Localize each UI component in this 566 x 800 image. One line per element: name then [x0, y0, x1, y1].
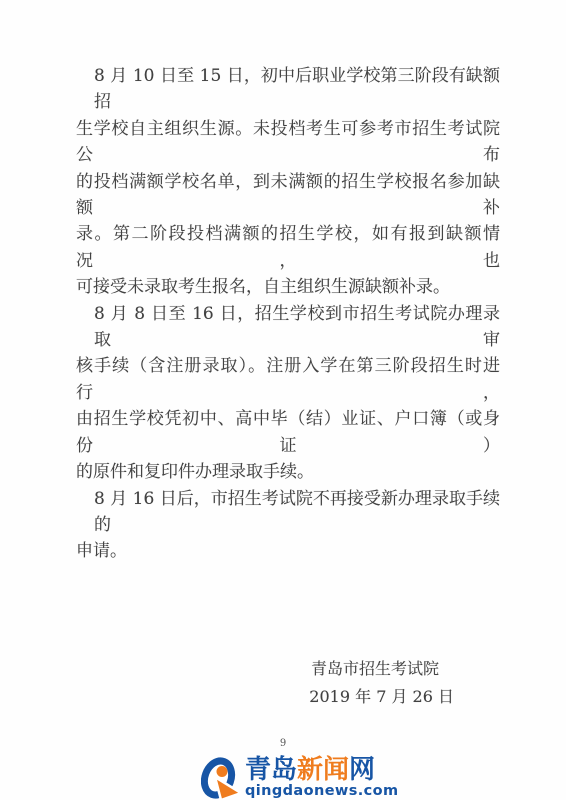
document-body: 8 月 10 日至 15 日，初中后职业学校第三阶段有缺额招生学校自主组织生源。…	[76, 63, 500, 711]
notice-paragraph: 8 月 10 日至 15 日，初中后职业学校第三阶段有缺额招生学校自主组织生源。…	[76, 63, 500, 301]
qingdaonews-q-icon	[201, 757, 241, 800]
notice-paragraph: 8 月 16 日后，市招生考试院不再接受新办理录取手续的申请。	[76, 486, 500, 565]
notice-line: 8 月 8 日至 16 日，招生学校到市招生考试院办理录取审	[76, 301, 500, 354]
qingdaonews-logo: 青岛新闻网 qingdaonews.com	[201, 757, 399, 800]
signature-date: 2019 年 7 月 26 日	[76, 683, 500, 711]
notice-line: 的投档满额学校名单，到未满额的招生学校报名参加缺额补	[76, 169, 500, 222]
logo-site-url: qingdaonews.com	[245, 784, 399, 799]
notice-line: 生学校自主组织生源。未投档考生可参考市招生考试院公布	[76, 116, 500, 169]
notice-line: 8 月 16 日后，市招生考试院不再接受新办理录取手续的	[76, 486, 500, 539]
document-page: 8 月 10 日至 15 日，初中后职业学校第三阶段有缺额招生学校自主组织生源。…	[0, 0, 566, 800]
notice-paragraphs: 8 月 10 日至 15 日，初中后职业学校第三阶段有缺额招生学校自主组织生源。…	[76, 63, 500, 565]
logo-site-name-part: 青岛	[245, 755, 297, 785]
page-number: 9	[0, 738, 566, 749]
notice-paragraph: 8 月 8 日至 16 日，招生学校到市招生考试院办理录取审核手续（含注册录取）…	[76, 301, 500, 486]
notice-line: 的原件和复印件办理录取手续。	[76, 459, 500, 485]
signature-organization: 青岛市招生考试院	[76, 655, 500, 683]
signature-block: 青岛市招生考试院 2019 年 7 月 26 日	[76, 655, 500, 711]
notice-line: 由招生学校凭初中、高中毕（结）业证、户口簿（或身份证）	[76, 406, 500, 459]
logo-site-name: 青岛新闻网	[245, 757, 399, 784]
notice-line: 录。第二阶段投档满额的招生学校，如有报到缺额情况，也	[76, 221, 500, 274]
notice-line: 8 月 10 日至 15 日，初中后职业学校第三阶段有缺额招	[76, 63, 500, 116]
notice-line: 核手续（含注册录取）。注册入学在第三阶段招生时进行，	[76, 353, 500, 406]
logo-site-name-part: 新闻	[297, 755, 349, 785]
logo-site-name-part: 网	[349, 755, 375, 785]
notice-line: 申请。	[76, 538, 500, 564]
notice-line: 可接受未录取考生报名，自主组织生源缺额补录。	[76, 274, 500, 300]
